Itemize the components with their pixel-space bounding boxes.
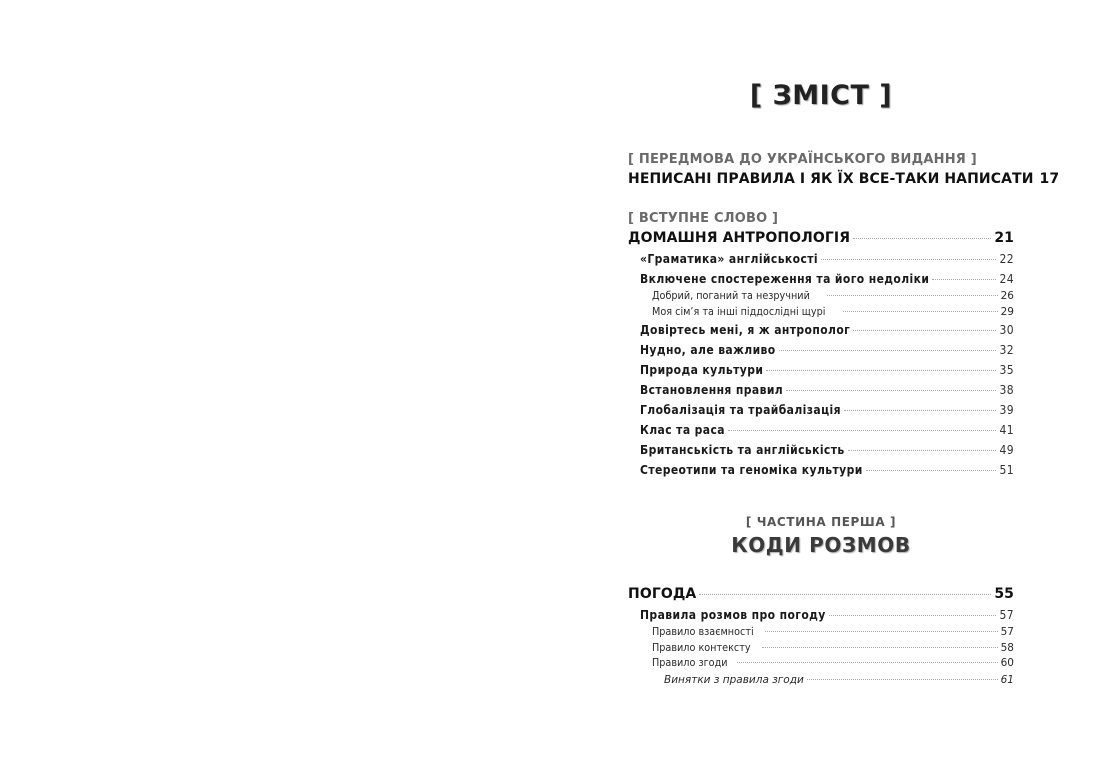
entry-title: Добрий, поганий та незручний [652, 289, 810, 305]
entry-title: Правила розмов про погоду [640, 605, 826, 625]
entry-title: Включене спостереження та його недоліки [640, 269, 929, 289]
entry-title: Встановлення правил [640, 380, 783, 400]
toc-entry[interactable]: Довіртесь мені, я ж антрополог30 [628, 320, 1014, 340]
entry-page: 22 [999, 249, 1014, 269]
entry-title: НЕПИСАНІ ПРАВИЛА І ЯК ЇХ ВСЕ-ТАКИ НАПИСА… [628, 169, 1034, 190]
toc-entry[interactable]: Добрий, поганий та незручний26 [628, 289, 1014, 305]
intro-subentries: «Граматика» англійськості22Включене спос… [628, 249, 1014, 480]
part-one-title: КОДИ РОЗМОВ [628, 530, 1014, 560]
dot-leader [844, 410, 997, 411]
intro-label: [ ВСТУПНЕ СЛОВО ] [628, 210, 1014, 228]
entry-page: 57 [999, 605, 1014, 625]
left-page-blank [0, 0, 552, 762]
toc-title: [ ЗМІСТ ] [628, 80, 1014, 111]
toc-entry[interactable]: «Граматика» англійськості22 [628, 249, 1014, 269]
entry-title: Винятки з правила згоди [664, 672, 804, 689]
entry-page: 17 [1040, 169, 1060, 190]
entry-page: 60 [1001, 656, 1014, 672]
entry-title: ПОГОДА [628, 584, 696, 605]
dot-leader [848, 450, 997, 451]
entry-page: 58 [1001, 641, 1014, 657]
toc-entry-intro[interactable]: ДОМАШНЯ АНТРОПОЛОГІЯ 21 [628, 228, 1014, 249]
entry-title: Британськість та англійськість [640, 440, 845, 460]
dot-leader [829, 615, 997, 616]
entry-page: 57 [1001, 625, 1014, 641]
dot-leader [853, 330, 996, 331]
toc-entry[interactable]: Нудно, але важливо32 [628, 340, 1014, 360]
toc-entry[interactable]: Моя сім’я та інші піддослідні щурі29 [628, 305, 1014, 321]
dot-leader [827, 295, 998, 296]
entry-title: Глобалізація та трайбалізація [640, 400, 841, 420]
entry-title: Природа культури [640, 360, 763, 380]
toc-entry[interactable]: Природа культури35 [628, 360, 1014, 380]
dot-leader [821, 259, 996, 260]
part-one-subentries: Правила розмов про погоду57Правило взаєм… [628, 605, 1014, 689]
part-one-header: [ ЧАСТИНА ПЕРША ] КОДИ РОЗМОВ [628, 514, 1014, 560]
entry-page: 21 [994, 228, 1014, 249]
part-one-label: [ ЧАСТИНА ПЕРША ] [628, 514, 1014, 530]
toc-entry[interactable]: Встановлення правил38 [628, 380, 1014, 400]
entry-page: 35 [999, 360, 1014, 380]
entry-title: Правило згоди [652, 656, 728, 672]
table-of-contents: [ ПЕРЕДМОВА ДО УКРАЇНСЬКОГО ВИДАННЯ ] НЕ… [628, 151, 1014, 689]
dot-leader [737, 662, 998, 663]
entry-page: 24 [999, 269, 1014, 289]
entry-page: 32 [999, 340, 1014, 360]
entry-title: ДОМАШНЯ АНТРОПОЛОГІЯ [628, 228, 850, 249]
toc-entry[interactable]: Британськість та англійськість49 [628, 440, 1014, 460]
toc-entry-preface[interactable]: НЕПИСАНІ ПРАВИЛА І ЯК ЇХ ВСЕ-ТАКИ НАПИСА… [628, 169, 1014, 190]
dot-leader [779, 350, 997, 351]
dot-leader [866, 470, 997, 471]
dot-leader [932, 279, 996, 280]
dot-leader [765, 631, 997, 632]
dot-leader [762, 647, 997, 648]
entry-page: 49 [999, 440, 1014, 460]
entry-page: 39 [999, 400, 1014, 420]
toc-entry[interactable]: Клас та раса41 [628, 420, 1014, 440]
entry-page: 51 [999, 460, 1014, 480]
entry-page: 38 [999, 380, 1014, 400]
toc-entry-weather[interactable]: ПОГОДА 55 [628, 584, 1014, 605]
entry-title: «Граматика» англійськості [640, 249, 818, 269]
toc-entry[interactable]: Правило контексту58 [628, 641, 1014, 657]
dot-leader [699, 594, 991, 595]
entry-title: Клас та раса [640, 420, 725, 440]
dot-leader [843, 311, 997, 312]
toc-entry[interactable]: Правила розмов про погоду57 [628, 605, 1014, 625]
dot-leader [807, 679, 998, 680]
entry-page: 29 [1001, 305, 1014, 321]
entry-title: Правило контексту [652, 641, 751, 657]
entry-page: 41 [999, 420, 1014, 440]
toc-entry[interactable]: Глобалізація та трайбалізація39 [628, 400, 1014, 420]
entry-title: Довіртесь мені, я ж антрополог [640, 320, 850, 340]
entry-page: 26 [1001, 289, 1014, 305]
dot-leader [728, 430, 996, 431]
dot-leader [786, 390, 996, 391]
book-spread: [ ЗМІСТ ] [ ПЕРЕДМОВА ДО УКРАЇНСЬКОГО ВИ… [0, 0, 1105, 762]
toc-entry[interactable]: Стереотипи та геноміка культури51 [628, 460, 1014, 480]
entry-title: Правило взаємності [652, 625, 754, 641]
entry-title: Стереотипи та геноміка культури [640, 460, 863, 480]
toc-entry[interactable]: Включене спостереження та його недоліки2… [628, 269, 1014, 289]
toc-entry[interactable]: Правило взаємності57 [628, 625, 1014, 641]
preface-label: [ ПЕРЕДМОВА ДО УКРАЇНСЬКОГО ВИДАННЯ ] [628, 151, 1014, 169]
dot-leader [766, 370, 996, 371]
toc-entry[interactable]: Правило згоди60 [628, 656, 1014, 672]
dot-leader [853, 238, 991, 239]
entry-page: 30 [999, 320, 1014, 340]
entry-page: 55 [994, 584, 1014, 605]
toc-entry[interactable]: Винятки з правила згоди61 [628, 672, 1014, 689]
entry-page: 61 [1001, 672, 1014, 689]
entry-title: Моя сім’я та інші піддослідні щурі [652, 305, 825, 321]
entry-title: Нудно, але важливо [640, 340, 776, 360]
